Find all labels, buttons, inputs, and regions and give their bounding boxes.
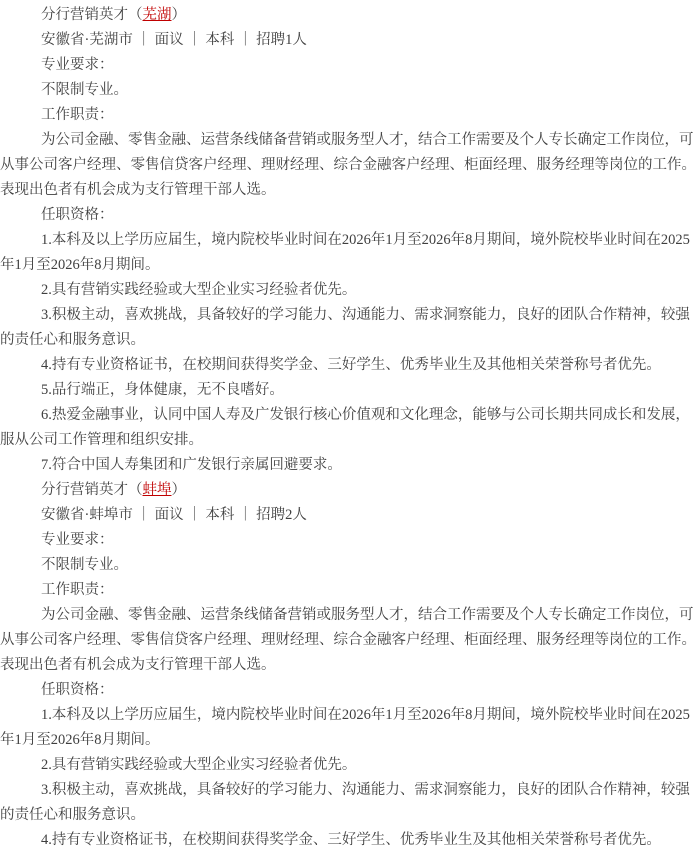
job-title-prefix: 分行营销英才（: [41, 482, 143, 498]
qualification-item-1: 1.本科及以上学历应届生，境内院校毕业时间在2026年1月至2026年8月期间，…: [0, 228, 696, 278]
qualification-item-3: 3.积极主动，喜欢挑战，具备较好的学习能力、沟通能力、需求洞察能力，良好的团队合…: [0, 778, 696, 828]
city-link-bengbu[interactable]: 蚌埠: [143, 482, 172, 498]
qualification-item-2: 2.具有营销实践经验或大型企业实习经验者优先。: [0, 753, 696, 778]
job-duty-label: 工作职责：: [0, 578, 696, 603]
job-meta-line: 安徽省·芜湖市 ｜ 面议 ｜ 本科 ｜ 招聘1人: [0, 28, 696, 53]
job-title-suffix: ）: [172, 7, 187, 23]
qualification-item-3: 3.积极主动，喜欢挑战，具备较好的学习能力、沟通能力、需求洞察能力，良好的团队合…: [0, 303, 696, 353]
job-posting-wuhu: 分行营销英才（芜湖） 安徽省·芜湖市 ｜ 面议 ｜ 本科 ｜ 招聘1人 专业要求…: [0, 3, 696, 478]
qualification-item-6: 6.热爱金融事业，认同中国人寿及广发银行核心价值观和文化理念，能够与公司长期共同…: [0, 403, 696, 453]
major-requirement-value: 不限制专业。: [0, 78, 696, 103]
job-postings-document: 分行营销英才（芜湖） 安徽省·芜湖市 ｜ 面议 ｜ 本科 ｜ 招聘1人 专业要求…: [0, 0, 696, 853]
job-title: 分行营销英才（芜湖）: [0, 3, 696, 28]
qualification-item-4: 4.持有专业资格证书，在校期间获得奖学金、三好学生、优秀毕业生及其他相关荣誉称号…: [0, 353, 696, 378]
job-duty-label: 工作职责：: [0, 103, 696, 128]
qualification-item-4: 4.持有专业资格证书，在校期间获得奖学金、三好学生、优秀毕业生及其他相关荣誉称号…: [0, 828, 696, 853]
qualification-item-2: 2.具有营销实践经验或大型企业实习经验者优先。: [0, 278, 696, 303]
qualification-label: 任职资格：: [0, 203, 696, 228]
job-meta-line: 安徽省·蚌埠市 ｜ 面议 ｜ 本科 ｜ 招聘2人: [0, 503, 696, 528]
qualification-label: 任职资格：: [0, 678, 696, 703]
job-duty-paragraph: 为公司金融、零售金融、运营条线储备营销或服务型人才，结合工作需要及个人专长确定工…: [0, 128, 696, 203]
job-posting-bengbu: 分行营销英才（蚌埠） 安徽省·蚌埠市 ｜ 面议 ｜ 本科 ｜ 招聘2人 专业要求…: [0, 478, 696, 853]
job-title-prefix: 分行营销英才（: [41, 7, 143, 23]
major-requirement-value: 不限制专业。: [0, 553, 696, 578]
qualification-item-1: 1.本科及以上学历应届生，境内院校毕业时间在2026年1月至2026年8月期间，…: [0, 703, 696, 753]
job-title-suffix: ）: [172, 482, 187, 498]
city-link-wuhu[interactable]: 芜湖: [143, 7, 172, 23]
job-title: 分行营销英才（蚌埠）: [0, 478, 696, 503]
major-requirement-label: 专业要求：: [0, 528, 696, 553]
major-requirement-label: 专业要求：: [0, 53, 696, 78]
qualification-item-5: 5.品行端正，身体健康，无不良嗜好。: [0, 378, 696, 403]
qualification-item-7: 7.符合中国人寿集团和广发银行亲属回避要求。: [0, 453, 696, 478]
job-duty-paragraph: 为公司金融、零售金融、运营条线储备营销或服务型人才，结合工作需要及个人专长确定工…: [0, 603, 696, 678]
